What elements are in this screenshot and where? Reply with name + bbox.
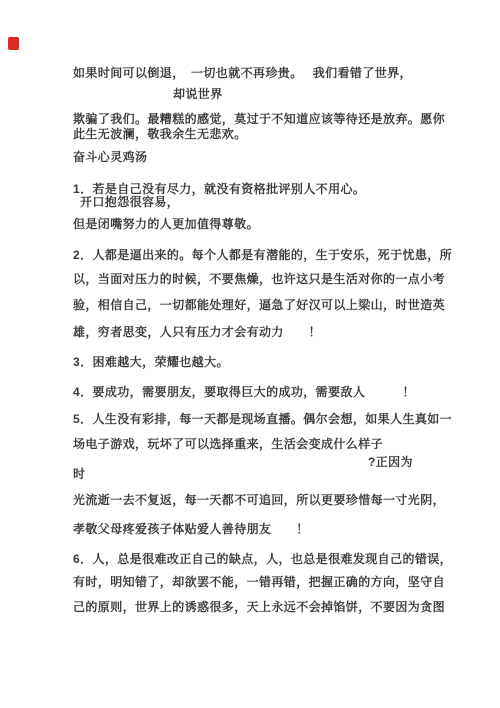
tip2-line-4: 雄，穷者思变，人只有压力才会有动力 ！ (73, 325, 321, 339)
document-page: 如果时间可以倒退， 一切也就不再珍贵。 我们看错了世界， 却说世界 欺骗了我们。… (0, 0, 500, 708)
tip6-line-3: 己的原则，世界上的诱惑很多，天上永远不会掉馅饼，不要因为贪图 (73, 600, 445, 614)
tip1-line-2: 开口抱怨很容易， (80, 195, 179, 209)
tip6-line-1: 6．人，总是很难改正自己的缺点，人，也总是很难发现自己的错误， (73, 552, 452, 566)
tip2-line-3: 验，相信自己，一切都能处理好，逼急了好汉可以上梁山，时世造英 (73, 298, 445, 312)
tip6-line-2: 有时，明知错了，却欲罢不能，一错再错，把握正确的方向，坚守自 (73, 575, 445, 589)
tip2-line-2: 以，当面对压力的时候，不要焦燥，也许这只是生活对你的一点小考 (73, 272, 445, 286)
tip5-line-4: 时 (73, 467, 85, 481)
tip2-line-1: 2．人都是逼出来的。每个人都是有潜能的，生于安乐，死于忧患，所 (73, 248, 452, 262)
tip1-line-1: 1．若是自己没有尽力，就没有资格批评别人不用心。 (73, 182, 365, 196)
quote-line-4: 此生无波澜，敬我余生无悲欢。 (73, 127, 247, 141)
tip1-line-3: 但是闭嘴努力的人更加值得尊敬。 (73, 217, 259, 231)
tip5-line-2: 场电子游戏，玩坏了可以选择重来，生活会变成什么样子 (73, 437, 383, 451)
tip5-line-3: ?正因为 (368, 455, 413, 469)
quote-line-2: 却说世界 (173, 87, 223, 101)
quote-line-3: 欺骗了我们。最糟糕的感觉，莫过于不知道应该等待还是放弃。愿你 (73, 112, 445, 126)
tip5-line-5: 光流逝一去不复返，每一天都不可追回，所以更要珍惜每一寸光阴， (73, 493, 445, 507)
quote-line-1: 如果时间可以倒退， 一切也就不再珍贵。 我们看错了世界， (73, 66, 412, 80)
red-watermark-icon (8, 37, 19, 50)
tip4-line-1: 4．要成功，需要朋友，要取得巨大的成功，需要敌人 ！ (73, 385, 415, 399)
tip3-line-1: 3．困难越大，荣耀也越大。 (73, 355, 229, 369)
section-heading: 奋斗心灵鸡汤 (73, 150, 147, 164)
tip5-line-1: 5．人生没有彩排，每一天都是现场直播。偶尔会想，如果人生真如一 (73, 412, 452, 426)
tip5-line-6: 孝敬父母疼爱孩子体贴爱人善待朋友 ！ (73, 522, 309, 536)
